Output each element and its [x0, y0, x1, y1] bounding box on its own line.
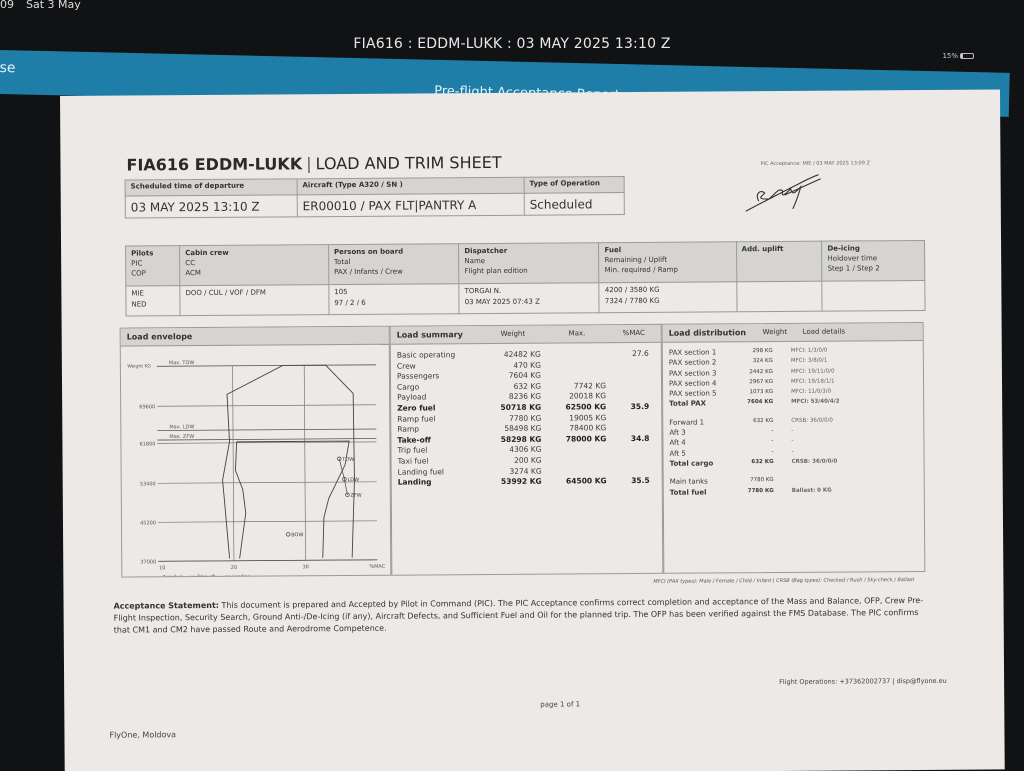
load-distribution-header: Load distribution Weight Load details [663, 323, 923, 343]
svg-text:37000: 37000 [140, 559, 156, 565]
crew-col-sublabel: Flight plan edition [464, 265, 593, 276]
crew-col-sublabel: COP [131, 268, 174, 278]
svg-text:53400: 53400 [140, 481, 156, 487]
crew-col-title: Add. uplift [742, 244, 817, 255]
svg-text:69600: 69600 [139, 404, 155, 410]
crew-col-sublabel: Step 1 / Step 2 [828, 263, 920, 274]
operation-type-value: Scheduled [524, 193, 624, 216]
svg-text:Weight KG: Weight KG [127, 363, 151, 369]
load-summary-row: Landing53992 KG64500 KG35.5 [398, 476, 662, 488]
svg-text:TOW: TOW [341, 457, 354, 463]
crew-col-sublabel: Holdover time [827, 253, 919, 264]
status-date: Sat 3 May [26, 0, 81, 11]
window-title: FIA616 : EDDM-LUKK : 03 MAY 2025 13:10 Z [0, 36, 1024, 52]
svg-text:45200: 45200 [140, 520, 156, 526]
load-summary-title: Load summary [397, 330, 463, 339]
svg-text:Max. ZFW: Max. ZFW [169, 434, 194, 440]
load-summary-header: Load summary Weight Max. %MAC [391, 325, 661, 345]
std-header: Scheduled time of departure [125, 179, 297, 196]
load-envelope-panel: Load envelope 6960061800534004520037000M… [120, 326, 392, 578]
document-title: FIA616 EDDM-LUKK|LOAD AND TRIM SHEET [126, 153, 501, 175]
crew-col-title: Pilots [131, 248, 174, 258]
load-summary-panel: Load summary Weight Max. %MAC Basic oper… [390, 324, 664, 576]
legend-note: MFCI (PAX types): Male / Female / Child … [653, 577, 914, 585]
crew-col-value: DOO / CUL / VOF / DFM [180, 285, 329, 316]
acceptance-label: Acceptance Statement: [114, 601, 219, 611]
load-summary-rows: Basic operating42482 KG27.6Crew470 KGPas… [391, 343, 662, 489]
acceptance-statement: Acceptance Statement: This document is p… [114, 595, 924, 637]
sheet-title: LOAD AND TRIM SHEET [316, 153, 502, 173]
crew-col-value: 10597 / 2 / 6 [329, 284, 460, 315]
svg-text:Zero fuel: Zero fuel [162, 574, 182, 576]
status-bar: 09 Sat 3 May [0, 0, 1024, 14]
crew-col-value: 4200 / 3580 KG7324 / 7780 KG [599, 282, 736, 313]
svg-text:Take-off: Take-off [196, 574, 215, 577]
load-distribution-panel: Load distribution Weight Load details PA… [662, 322, 926, 574]
col-load-details: Load details [803, 328, 845, 336]
close-button[interactable]: se [0, 60, 16, 76]
svg-text:30: 30 [302, 564, 308, 570]
status-time: 09 [0, 0, 14, 11]
acceptance-text: This document is prepared and Accepted b… [114, 596, 924, 635]
crew-col-value [822, 280, 925, 311]
svg-text:ZFW: ZFW [350, 493, 361, 499]
load-distribution-title: Load distribution [669, 328, 746, 338]
crew-col-value: TORGAI N.03 MAY 2025 07:43 Z [459, 283, 599, 314]
battery-indicator: 15% [942, 52, 974, 60]
crew-col-title: De-icing [827, 243, 919, 254]
crew-fuel-table: PilotsPICCOPCabin crewCCACMPersons on bo… [125, 240, 925, 317]
crew-col-header: FuelRemaining / UpliftMin. required / Ra… [599, 242, 736, 283]
col-weight: Weight [501, 330, 525, 338]
crew-col-value [736, 281, 822, 312]
col-max: Max. [569, 329, 586, 337]
crew-col-sublabel: PAX / Infants / Crew [334, 266, 453, 277]
svg-text:61800: 61800 [140, 441, 156, 447]
svg-text:10: 10 [159, 565, 165, 571]
crew-col-sublabel: PIC [131, 258, 174, 268]
crew-col-header: PilotsPICCOP [126, 246, 180, 286]
load-distribution-row: Total fuel7780 KGBallast: 0 KG [670, 487, 924, 499]
aircraft-value: ER00010 / PAX FLT|PANTRY A [297, 193, 524, 217]
svg-text:Landing: Landing [232, 574, 250, 577]
std-value: 03 MAY 2025 13:10 Z [125, 195, 297, 218]
load-envelope-title: Load envelope [121, 327, 389, 347]
crew-col-header: Persons on boardTotalPAX / Infants / Cre… [328, 244, 459, 285]
signature-caption: PIC Acceptance: MIE / 03 MAY 2025 13:09 … [760, 160, 869, 167]
footer-company: FlyOne, Moldova [109, 730, 176, 739]
battery-level: 15% [942, 52, 958, 60]
crew-col-value: MIENED [126, 286, 180, 316]
load-distribution-rows: PAX section 1298 KGMFCI: 1/3/0/0PAX sect… [663, 341, 924, 499]
svg-text:LDW: LDW [347, 477, 359, 483]
pic-signature [741, 171, 831, 217]
footer-operations: Flight Operations: +37362002737 | disp@f… [779, 677, 947, 686]
svg-text:20: 20 [231, 565, 237, 571]
col-mac: %MAC [623, 329, 645, 337]
crew-col-header: Cabin crewCCACM [180, 245, 329, 286]
svg-text:Max. LDW: Max. LDW [169, 424, 194, 430]
aircraft-header: Aircraft (Type A320 / SN ) [297, 177, 524, 195]
svg-text:BOW: BOW [291, 532, 303, 538]
flight-route: FIA616 EDDM-LUKK [126, 154, 302, 174]
battery-icon [960, 53, 974, 59]
flight-header-table: Scheduled time of departure Aircraft (Ty… [125, 176, 625, 218]
crew-col-header: DispatcherNameFlight plan edition [459, 243, 599, 284]
svg-text:%MAC: %MAC [369, 564, 385, 570]
svg-text:Max. TOW: Max. TOW [169, 360, 195, 366]
crew-col-header: De-icingHoldover timeStep 1 / Step 2 [822, 240, 925, 281]
footer-page-number: page 1 of 1 [540, 700, 580, 708]
load-envelope-chart: 6960061800534004520037000Max. TOWMax. LD… [121, 345, 391, 577]
crew-col-header: Add. uplift [736, 241, 822, 282]
crew-col-sublabel: ACM [185, 267, 323, 278]
report-document: FIA616 EDDM-LUKK|LOAD AND TRIM SHEET PIC… [60, 89, 1005, 771]
crew-col-sublabel: Min. required / Ramp [605, 264, 731, 275]
operation-type-header: Type of Operation [524, 177, 624, 194]
col-dist-weight: Weight [763, 328, 787, 336]
